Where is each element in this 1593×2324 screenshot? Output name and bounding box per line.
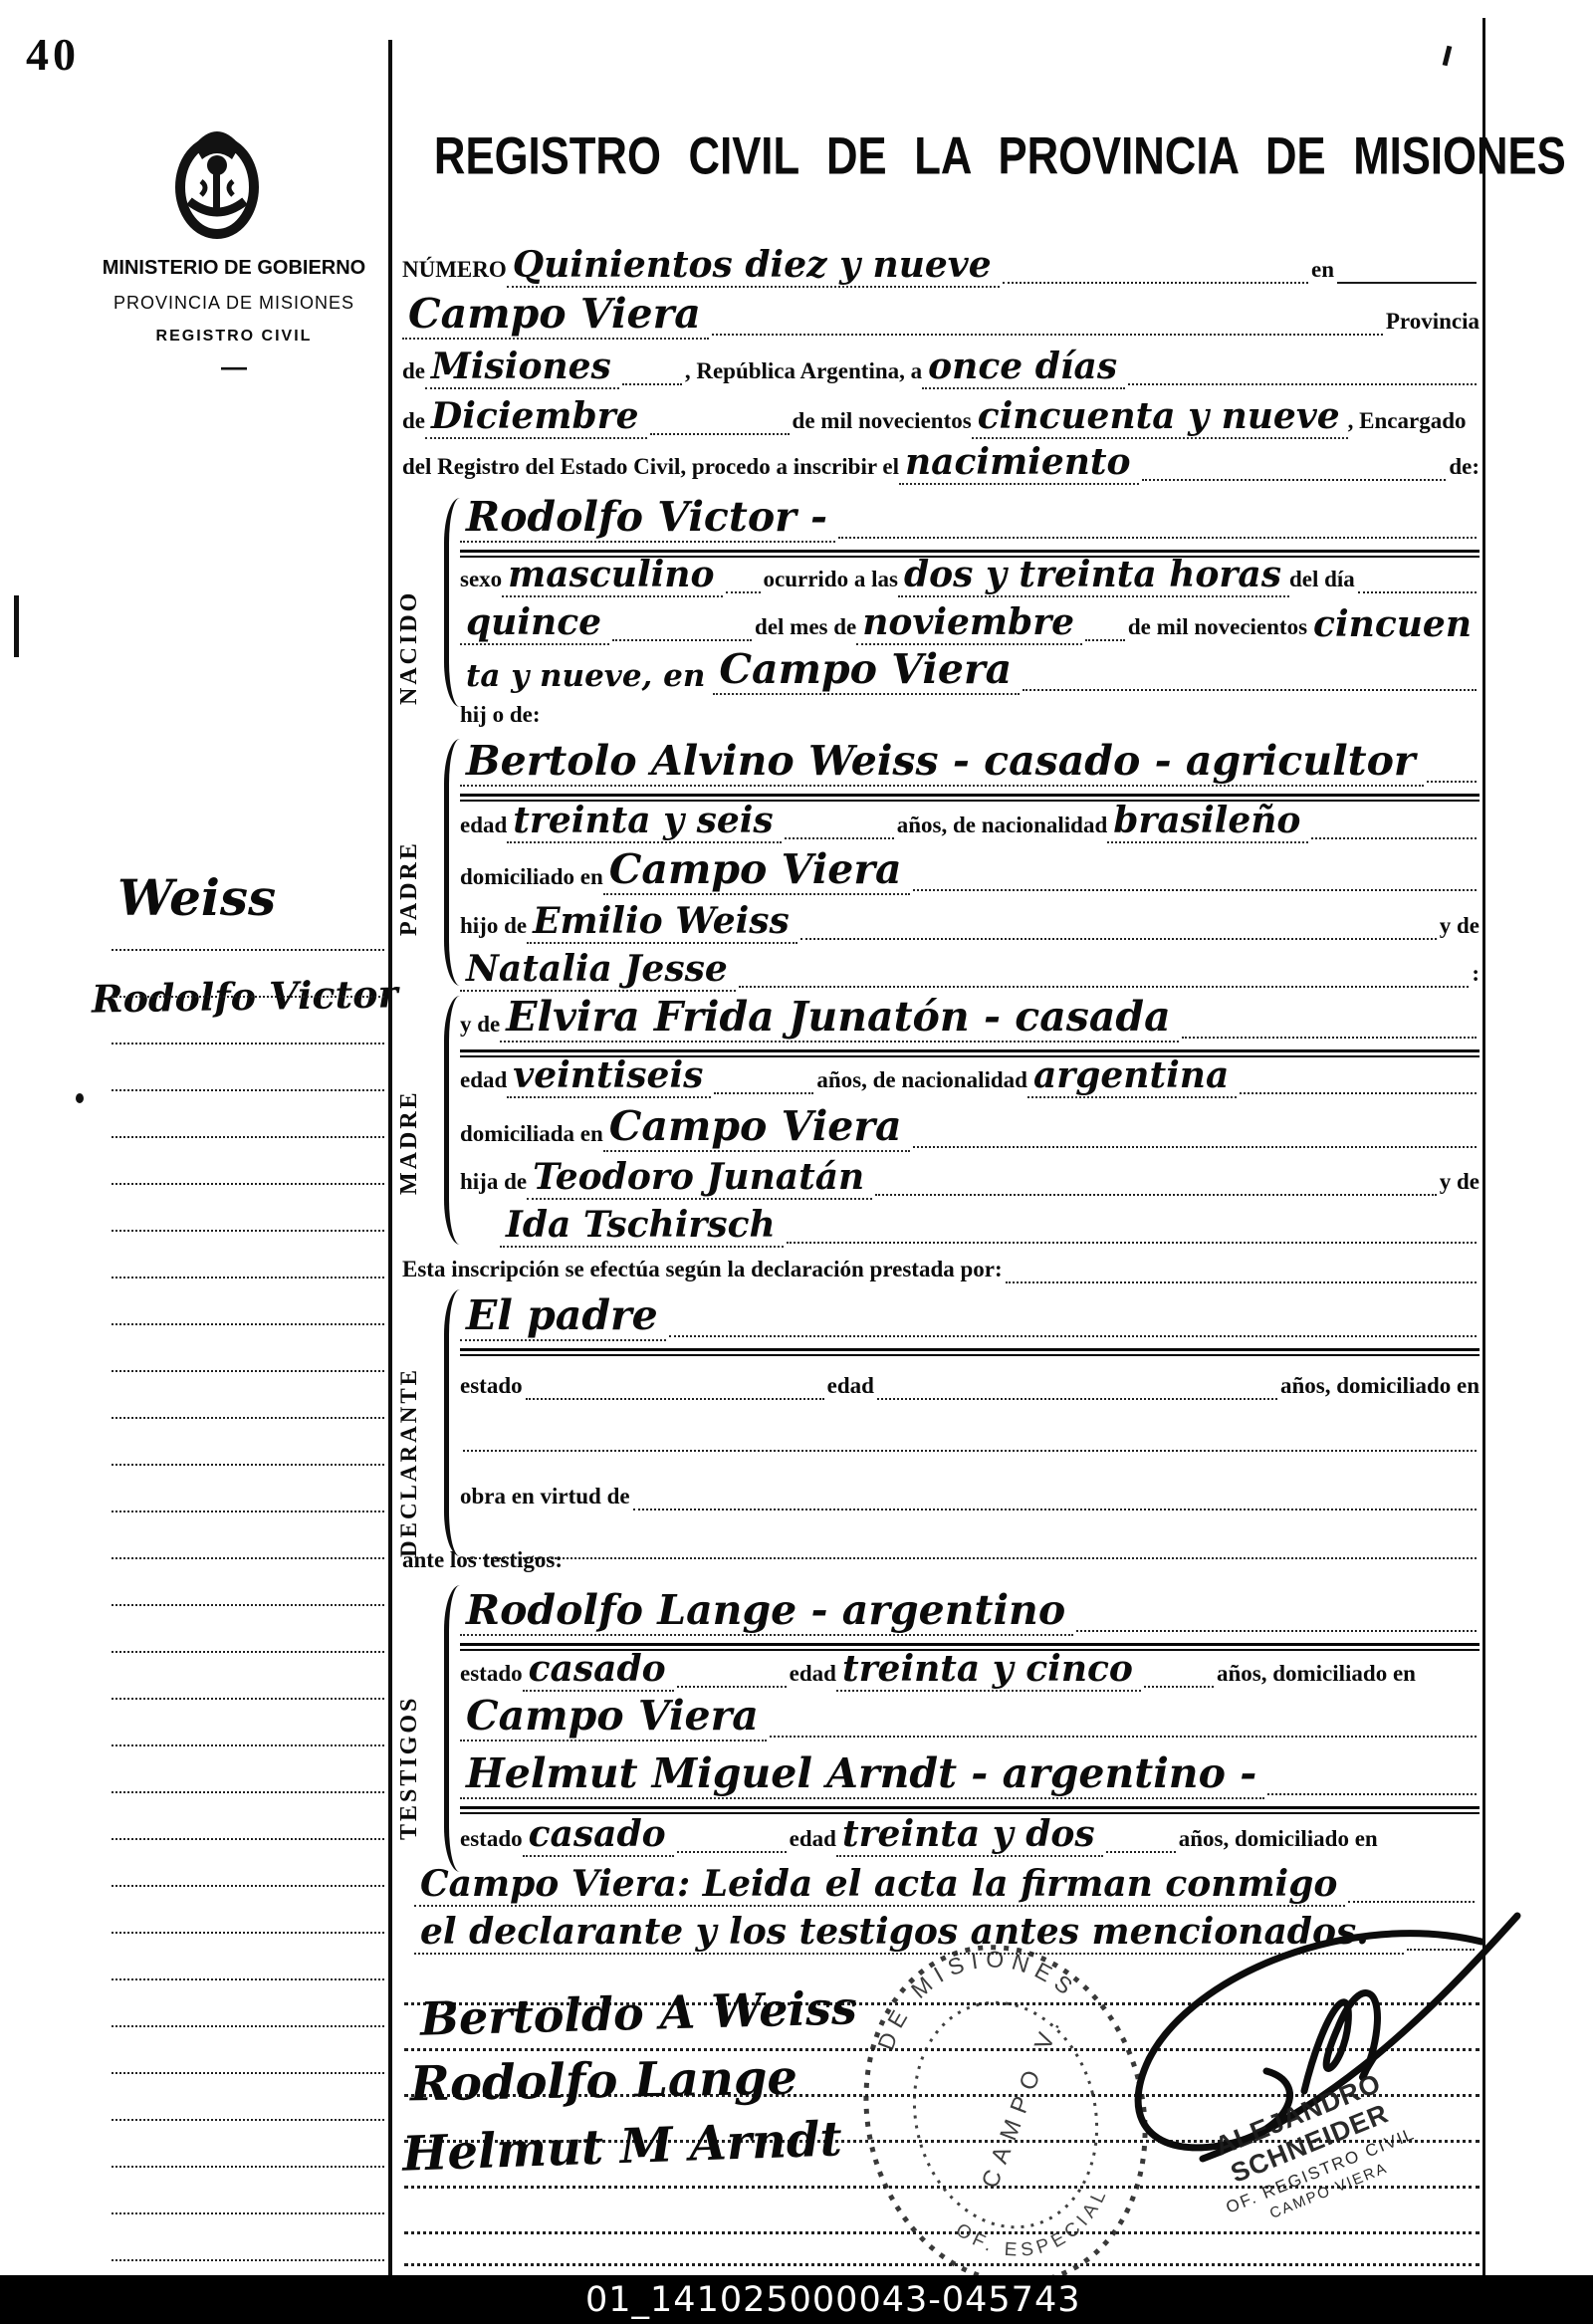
paternal-grandfather-value: Emilio Weiss: [527, 903, 797, 944]
newborn-name-value: Rodolfo Victor -: [460, 497, 835, 543]
anios-domiciliado-label: años, domiciliado en: [1280, 1373, 1479, 1407]
father-name-value: Bertolo Alvino Weiss - casado - agricult…: [460, 741, 1424, 787]
blank-row: [460, 1419, 1479, 1459]
dotted-line: [677, 1684, 787, 1688]
province-value: Misiones: [425, 349, 619, 389]
margin-dotted-line: [112, 1135, 384, 1138]
del-dia-label: del día: [1289, 567, 1355, 600]
dotted-line: [677, 1849, 787, 1853]
signature-witness2: Helmut M Arndt: [401, 2111, 842, 2182]
birth-month-value: noviembre: [856, 604, 1082, 645]
margin-dotted-line: [112, 1510, 384, 1512]
mother-name-row: y de Elvira Frida Junatón - casada: [460, 988, 1479, 1046]
margin-dotted-line: [112, 1182, 384, 1185]
numero-row: NÚMERO Quinientos diez y nueve en: [402, 239, 1479, 291]
section-label-padre: PADRE: [396, 797, 423, 936]
maternal-grandmother-row: Ida Tschirsch: [460, 1203, 1479, 1251]
witness1-edad-value: treinta y cinco: [836, 1651, 1141, 1692]
margin-dotted-line: [112, 1977, 384, 1980]
declarant-row: El padre: [460, 1286, 1479, 1344]
closing-line1-value: Campo Viera: Leida el acta la firman con…: [414, 1866, 1345, 1907]
dotted-line: [800, 936, 1437, 940]
witness1-name-row: Rodolfo Lange - argentino: [460, 1581, 1479, 1639]
margin-dotted-line: [112, 2118, 384, 2121]
birth-date-row: quince del mes de noviembre de mil novec…: [460, 600, 1479, 648]
scanned-birth-record-page: 40 MINISTERIO DE GOBIERNO PROVINCIA DE M…: [0, 0, 1593, 2324]
form-left-border: [388, 40, 392, 2275]
margin-dotted-line: [112, 1603, 384, 1606]
witness1-estado-value: casado: [523, 1651, 674, 1692]
declarant-status-row: estado edad años, domiciliado en: [460, 1359, 1479, 1407]
encargado-label: , Encargado: [1348, 408, 1467, 442]
maternal-grandfather-value: Teodoro Junatán: [527, 1159, 872, 1200]
section-label-nacido: NACIDO: [396, 546, 423, 705]
dotted-line: [1182, 1035, 1477, 1039]
dotted-line: [1358, 589, 1477, 593]
birth-day-value: quince: [460, 604, 609, 645]
y-de-label: y de: [1440, 1169, 1479, 1203]
estado-label: estado: [460, 1373, 523, 1407]
dotted-line: [875, 1192, 1437, 1196]
ink-mark: [76, 1093, 84, 1103]
margin-dotted-line: [112, 1743, 384, 1746]
sex-time-row: sexo masculino ocurrido a las dos y trei…: [460, 553, 1479, 600]
hijo-de-label: hijo de: [460, 913, 527, 947]
section-label-madre: MADRE: [396, 1055, 423, 1195]
birth-time-value: dos y treinta horas: [898, 557, 1289, 597]
estado-label: estado: [460, 1661, 523, 1695]
page-number: 40: [26, 28, 80, 81]
witness1-status-row: estado casado edad treinta y cinco años,…: [460, 1647, 1479, 1695]
dotted-line: [1106, 1849, 1176, 1853]
dotted-line: [1337, 280, 1477, 284]
margin-dotted-line: [112, 2024, 384, 2027]
margin-dotted-line: [112, 1322, 384, 1325]
dotted-line: [1128, 381, 1477, 385]
father-name-row: Bertolo Alvino Weiss - casado - agricult…: [460, 732, 1479, 790]
office-name: REGISTRO CIVIL: [82, 328, 386, 346]
domiciliado-label: domiciliado en: [460, 864, 603, 898]
section-label-declarante: DECLARANTE: [396, 1302, 422, 1557]
edad-label: edad: [827, 1373, 874, 1407]
acto-value: nacimiento: [899, 444, 1139, 485]
sexo-value: masculino: [502, 557, 722, 597]
mother-domicile-value: Campo Viera: [603, 1106, 910, 1152]
closing-line1-row: Campo Viera: Leida el acta la firman con…: [414, 1860, 1478, 1910]
father-domicile-value: Campo Viera: [603, 849, 910, 895]
dotted-line: [1427, 779, 1477, 783]
dotted-line: [1311, 835, 1477, 839]
anios-domiciliado-label: años, domiciliado en: [1179, 1826, 1378, 1860]
section-label-testigos: TESTIGOS: [396, 1641, 423, 1840]
scan-code-bar: 01_141025000043-045743: [0, 2275, 1593, 2324]
dotted-line: [1144, 1684, 1214, 1688]
dotted-line: [526, 1396, 824, 1400]
hija-de-label: hija de: [460, 1169, 527, 1203]
double-rule: [460, 1348, 1479, 1356]
ink-mark: [1443, 46, 1453, 67]
dotted-line: [1142, 477, 1447, 481]
dotted-line: [1240, 1090, 1477, 1094]
province-row: de Misiones , República Argentina, a onc…: [402, 343, 1479, 392]
witness2-edad-value: treinta y dos: [836, 1816, 1103, 1857]
dotted-line: [787, 1240, 1477, 1244]
mother-name-value: Elvira Frida Junatón - casada: [500, 997, 1178, 1043]
ministry-name: MINISTERIO DE GOBIERNO: [82, 257, 386, 280]
margin-dotted-line: [112, 1556, 384, 1559]
dotted-line: [1085, 637, 1125, 641]
mother-age-value: veintiseis: [507, 1057, 711, 1098]
day-value: once días: [922, 349, 1125, 389]
edad-label: edad: [790, 1826, 836, 1860]
en-label: en: [1311, 257, 1334, 291]
witness2-name-value: Helmut Miguel Arndt - argentino -: [460, 1753, 1264, 1799]
nacionalidad-label: años, de nacionalidad: [897, 813, 1108, 846]
dotted-line: [1076, 1628, 1477, 1632]
signature-witness1: Rodolfo Lange: [410, 2050, 798, 2113]
birth-year-part2: ta y nueve, en: [460, 661, 713, 695]
obra-row: obra en virtud de: [460, 1472, 1479, 1517]
margin-dotted-line: [112, 995, 384, 998]
birth-place-row: ta y nueve, en Campo Viera: [460, 648, 1479, 698]
margin-dotted-line: [112, 2165, 384, 2168]
dotted-line: [463, 1448, 1477, 1452]
seal-arc-bottom-text: OF. ESPECIAL: [948, 2180, 1124, 2278]
svg-text:OF. ESPECIAL: OF. ESPECIAL: [948, 2180, 1124, 2278]
dotted-line: [714, 1090, 813, 1094]
declaration-intro-row: Esta inscripción se efectúa según la dec…: [402, 1247, 1479, 1290]
margin-dotted-line: [112, 1042, 384, 1045]
de-colon-label: de:: [1449, 454, 1479, 488]
dotted-line: [650, 431, 790, 435]
republica-label: , República Argentina, a: [685, 358, 922, 392]
margin-dotted-line: [112, 1931, 384, 1934]
maternal-grandfather-row: hija de Teodoro Junatán y de: [460, 1155, 1479, 1203]
divider-dash: —: [82, 351, 386, 382]
dotted-line: [877, 1396, 1277, 1400]
margin-dotted-line: [112, 1276, 384, 1278]
ocurrido-label: ocurrido a las: [764, 567, 898, 600]
y-de-label: y de: [460, 1012, 500, 1046]
edad-label: edad: [790, 1661, 836, 1695]
birth-place-value: Campo Viera: [713, 649, 1020, 695]
father-age-row: edad treinta y seis años, de nacionalida…: [460, 799, 1479, 846]
de-mil-label: de mil novecientos: [793, 408, 972, 442]
newborn-name-row: Rodolfo Victor -: [460, 490, 1479, 546]
hijo-de-row: hij o de:: [460, 696, 1479, 736]
witness2-status-row: estado casado edad treinta y dos años, d…: [460, 1812, 1479, 1860]
del-mes-label: del mes de: [755, 614, 856, 648]
inscribir-row: del Registro del Estado Civil, procedo a…: [402, 440, 1479, 488]
de-label: de: [402, 408, 425, 442]
witness1-name-value: Rodolfo Lange - argentino: [460, 1590, 1073, 1636]
margin-note-surname: Weiss: [117, 868, 276, 927]
issuing-office-block: MINISTERIO DE GOBIERNO PROVINCIA DE MISI…: [82, 257, 386, 382]
edad-label: edad: [460, 813, 507, 846]
witness2-estado-value: casado: [523, 1816, 674, 1857]
de-mil-label: de mil novecientos: [1128, 614, 1307, 648]
dotted-line: [712, 332, 1383, 336]
father-age-value: treinta y seis: [507, 803, 781, 843]
y-de-label: y de: [1440, 913, 1479, 947]
mother-domicile-row: domiciliada en Campo Viera: [460, 1105, 1479, 1155]
margin-dotted-line: [112, 1837, 384, 1840]
numero-label: NÚMERO: [402, 257, 507, 291]
edad-label: edad: [460, 1067, 507, 1101]
dotted-line: [913, 1144, 1477, 1148]
anios-domiciliado-label: años, domiciliado en: [1217, 1661, 1416, 1695]
dotted-line: [726, 589, 761, 593]
margin-dotted-line: [112, 948, 384, 951]
province-name: PROVINCIA DE MISIONES: [82, 293, 386, 314]
dotted-line: [622, 381, 682, 385]
scan-code-text: 01_141025000043-045743: [585, 2280, 1081, 2320]
ante-testigos-label: ante los testigos:: [402, 1547, 563, 1581]
margin-dotted-line: [112, 1229, 384, 1232]
witness2-name-row: Helmut Miguel Arndt - argentino -: [460, 1744, 1479, 1802]
witness1-domicile-row: Campo Viera: [460, 1695, 1479, 1744]
obra-label: obra en virtud de: [460, 1484, 630, 1517]
margin-dotted-line: [112, 1369, 384, 1372]
place-row: Campo Viera Provincia: [402, 291, 1479, 343]
declaration-intro-label: Esta inscripción se efectúa según la dec…: [402, 1257, 1003, 1290]
dotted-line: [1023, 687, 1477, 691]
margin-dotted-line: [112, 2211, 384, 2214]
hijo-de-label: hij o de:: [460, 702, 541, 736]
month-value: Diciembre: [425, 398, 647, 439]
paternal-grandmother-value: Natalia Jesse: [460, 951, 736, 992]
mother-age-row: edad veintiseis años, de nacionalidad ar…: [460, 1053, 1479, 1101]
birth-year-part1: cincuen: [1307, 606, 1479, 645]
estado-label: estado: [460, 1826, 523, 1860]
dotted-line: [1006, 1279, 1477, 1283]
margin-dotted-line: [112, 1463, 384, 1466]
dotted-line: [633, 1507, 1477, 1511]
numero-value: Quinientos diez y nueve: [507, 247, 1000, 288]
signature-father: Bertoldo A Weiss: [419, 1980, 857, 2045]
margin-dotted-line: [112, 1416, 384, 1419]
margin-dotted-line: [112, 1650, 384, 1653]
paternal-grandfather-row: hijo de Emilio Weiss y de: [460, 899, 1479, 947]
dotted-line: [669, 1333, 1477, 1337]
dotted-line: [785, 835, 894, 839]
date-row: de Diciembre de mil novecientos cincuent…: [402, 390, 1479, 442]
dotted-line: [1267, 1791, 1477, 1795]
margin-dotted-line: [112, 2071, 384, 2074]
place-value: Campo Viera: [402, 294, 709, 340]
mother-nationality-value: argentina: [1027, 1057, 1237, 1098]
father-domicile-row: domiciliado en Campo Viera: [460, 848, 1479, 898]
dotted-line: [1348, 1899, 1475, 1903]
year-value: cincuenta y nueve: [972, 398, 1348, 439]
dotted-line: [913, 887, 1477, 891]
margin-dotted-line: [112, 1088, 384, 1091]
dotted-line: [612, 637, 752, 641]
margin-dotted-line: [112, 1884, 384, 1887]
dotted-line: [770, 1734, 1477, 1738]
father-nationality-value: brasileño: [1107, 803, 1308, 843]
margin-dotted-line: [112, 1697, 384, 1700]
argentina-coat-of-arms-emblem: [167, 112, 267, 246]
form-title: REGISTRO CIVIL DE LA PROVINCIA DE MISION…: [434, 125, 1460, 186]
margin-dotted-line: [112, 1790, 384, 1793]
dotted-line: [838, 535, 1477, 539]
sexo-label: sexo: [460, 567, 502, 600]
provincia-label: Provincia: [1386, 309, 1479, 343]
declarant-value: El padre: [460, 1295, 666, 1341]
inscribir-label: del Registro del Estado Civil, procedo a…: [402, 454, 899, 488]
witness1-domicile-value: Campo Viera: [460, 1696, 767, 1742]
witness-intro-row: ante los testigos:: [402, 1541, 1479, 1581]
domiciliada-label: domiciliada en: [460, 1121, 603, 1155]
margin-dotted-line: [112, 2258, 384, 2261]
dotted-line: [1003, 280, 1308, 284]
de-label: de: [402, 358, 425, 392]
ink-mark: [14, 595, 19, 657]
maternal-grandmother-value: Ida Tschirsch: [500, 1207, 784, 1248]
nacionalidad-label: años, de nacionalidad: [816, 1067, 1027, 1101]
